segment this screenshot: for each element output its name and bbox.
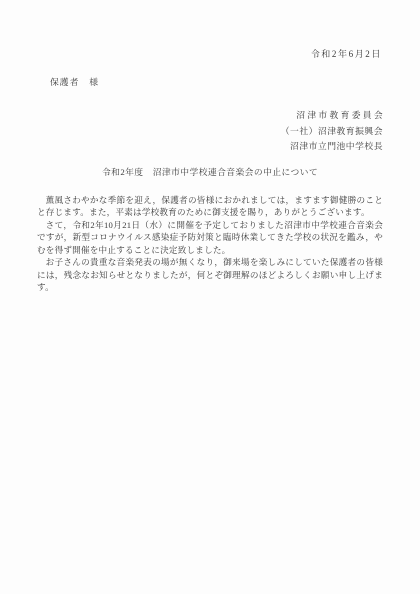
- sender-line-board-of-education: 沼津市教育委員会: [37, 108, 385, 124]
- letter-title: 令和2年度 沼津市中学校連合音楽会の中止について: [37, 166, 383, 178]
- body-paragraph-apology: お子さんの貴重な音楽発表の場が無くなり，御来場を楽しみにしていた保護者の皆様には…: [37, 256, 383, 294]
- sender-line-education-association: （一社）沼津教育振興会: [37, 124, 383, 140]
- letter-page: 令和2年6月2日 保護者 様 沼津市教育委員会 （一社）沼津教育振興会 沼津市立…: [0, 0, 420, 594]
- body-paragraph-greeting: 薫風さわやかな季節を迎え，保護者の皆様におかれましては，ますます御健勝のことと存…: [37, 194, 383, 219]
- body-paragraph-cancellation-notice: さて，令和2年10月21日（水）に開催を予定しておりました沼津市中学校連合音楽会…: [37, 219, 383, 257]
- letter-body: 薫風さわやかな季節を迎え，保護者の皆様におかれましては，ますます御健勝のことと存…: [37, 194, 383, 294]
- letter-date: 令和2年6月2日: [37, 49, 383, 60]
- sender-block: 沼津市教育委員会 （一社）沼津教育振興会 沼津市立門池中学校長: [37, 108, 383, 155]
- sender-line-school-principal: 沼津市立門池中学校長: [37, 139, 383, 155]
- letter-recipient: 保護者 様: [50, 77, 383, 88]
